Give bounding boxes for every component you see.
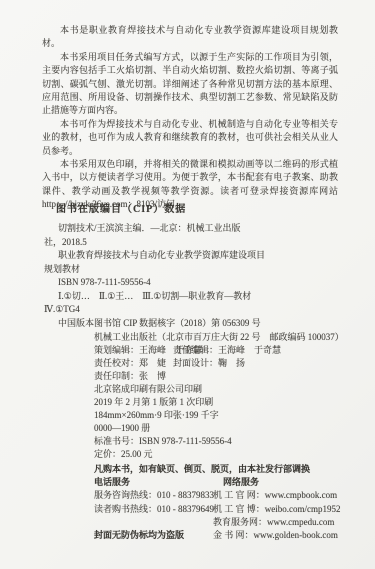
cip-title-line-cont: 社，2018.5 bbox=[44, 236, 344, 250]
anti-piracy-notice: 封面无防伪标均为盗版 bbox=[94, 529, 213, 542]
cip-series-line-cont: 规划教材 bbox=[44, 263, 344, 277]
empty-cell bbox=[94, 516, 213, 529]
intro-paragraph: 本书可作为焊接技术与自动化专业、机械制造与自动化专业等相关专业的教材，也可作为成… bbox=[42, 118, 338, 158]
planning-editor: 策划编辑：王海峰 于奇慧 bbox=[94, 344, 173, 357]
intro-section: 本书是职业教育焊接技术与自动化专业教学资源库建设项目规划教材。 本书采用项目任务… bbox=[42, 24, 338, 212]
editors-row: 策划编辑：王海峰 于奇慧 责任编辑：王海峰 于奇慧 bbox=[94, 344, 354, 357]
official-website: 机 工 官 网：www.cmpbook.com bbox=[213, 489, 337, 502]
golden-book-site: 金 书 网：www.golden-book.com bbox=[213, 529, 338, 542]
cip-record-number-line: 中国版本图书馆 CIP 数据核字（2018）第 056309 号 bbox=[44, 317, 344, 331]
official-weibo: 机 工 官 博：weibo.com/cmp1952 bbox=[213, 503, 341, 516]
exchange-notice: 凡购本书，如有缺页、倒页、脱页，由本社发行部调换 bbox=[94, 463, 362, 476]
cip-classification-line: Ⅰ.①切… Ⅱ.①王… Ⅲ.①切割—职业教育—教材 bbox=[44, 290, 344, 304]
cover-designer: 封面设计：鞠 扬 bbox=[173, 357, 245, 370]
cip-classification-line-cont: Ⅳ.①TG4 bbox=[44, 303, 344, 317]
printer-line: 北京铭成印刷有限公司印刷 bbox=[94, 383, 354, 396]
cip-series-line: 职业教育焊接技术与自动化专业教学资源库建设项目 bbox=[44, 249, 344, 263]
print-run-line: 0000—1900 册 bbox=[94, 422, 354, 435]
cip-block: 切割技术/王滨滨主编．—北京：机械工业出版 社，2018.5 职业教育焊接技术与… bbox=[44, 222, 344, 330]
service-row: 读者购书热线：010 - 88379649 机 工 官 博：weibo.com/… bbox=[94, 503, 362, 516]
service-row: 封面无防伪标均为盗版 金 书 网：www.golden-book.com bbox=[94, 529, 362, 542]
service-hotline: 服务咨询热线：010 - 88379833 bbox=[94, 489, 213, 502]
print-supervisor-line: 责任印制：张 博 bbox=[94, 370, 354, 383]
service-row: 教育服务网：www.cmpedu.com bbox=[94, 516, 362, 529]
cip-isbn-line: ISBN 978-7-111-59556-4 bbox=[44, 276, 344, 290]
network-service-header: 网络服务 bbox=[213, 476, 259, 489]
book-copyright-page: 本书是职业教育焊接技术与自动化专业教学资源库建设项目规划教材。 本书采用项目任务… bbox=[0, 0, 375, 569]
proofreader: 责任校对：郑 婕 bbox=[94, 357, 173, 370]
publication-info-block: 机械工业出版社（北京市百万庄大街 22 号 邮政编码 100037） 策划编辑：… bbox=[94, 331, 354, 461]
service-row: 服务咨询热线：010 - 88379833 机 工 官 网：www.cmpboo… bbox=[94, 489, 362, 502]
education-service-site: 教育服务网：www.cmpedu.com bbox=[213, 516, 334, 529]
price-line: 定价：25.00 元 bbox=[94, 448, 354, 461]
purchase-hotline: 读者购书热线：010 - 88379649 bbox=[94, 503, 213, 516]
proofreader-designer-row: 责任校对：郑 婕 封面设计：鞠 扬 bbox=[94, 357, 354, 370]
cip-title-line: 切割技术/王滨滨主编．—北京：机械工业出版 bbox=[44, 222, 344, 236]
intro-paragraph: 本书采用项目任务式编写方式，以源于生产实际的工作项目为引领，主要内容包括手工火焰… bbox=[42, 51, 338, 118]
edition-line: 2019 年 2 月第 1 版第 1 次印刷 bbox=[94, 396, 354, 409]
cip-heading: 图书在版编目（CIP）数据 bbox=[56, 200, 186, 215]
format-line: 184mm×260mm·9 印张·199 千字 bbox=[94, 409, 354, 422]
publisher-address-line: 机械工业出版社（北京市百万庄大街 22 号 邮政编码 100037） bbox=[94, 331, 354, 344]
service-headers-row: 电话服务 网络服务 bbox=[94, 476, 362, 489]
responsible-editor: 责任编辑：王海峰 于奇慧 bbox=[173, 344, 281, 357]
intro-paragraph: 本书是职业教育焊接技术与自动化专业教学资源库建设项目规划教材。 bbox=[42, 24, 338, 51]
standard-isbn-line: 标准书号：ISBN 978-7-111-59556-4 bbox=[94, 435, 354, 448]
service-info-block: 凡购本书，如有缺页、倒页、脱页，由本社发行部调换 电话服务 网络服务 服务咨询热… bbox=[94, 463, 362, 542]
phone-service-header: 电话服务 bbox=[94, 476, 213, 489]
